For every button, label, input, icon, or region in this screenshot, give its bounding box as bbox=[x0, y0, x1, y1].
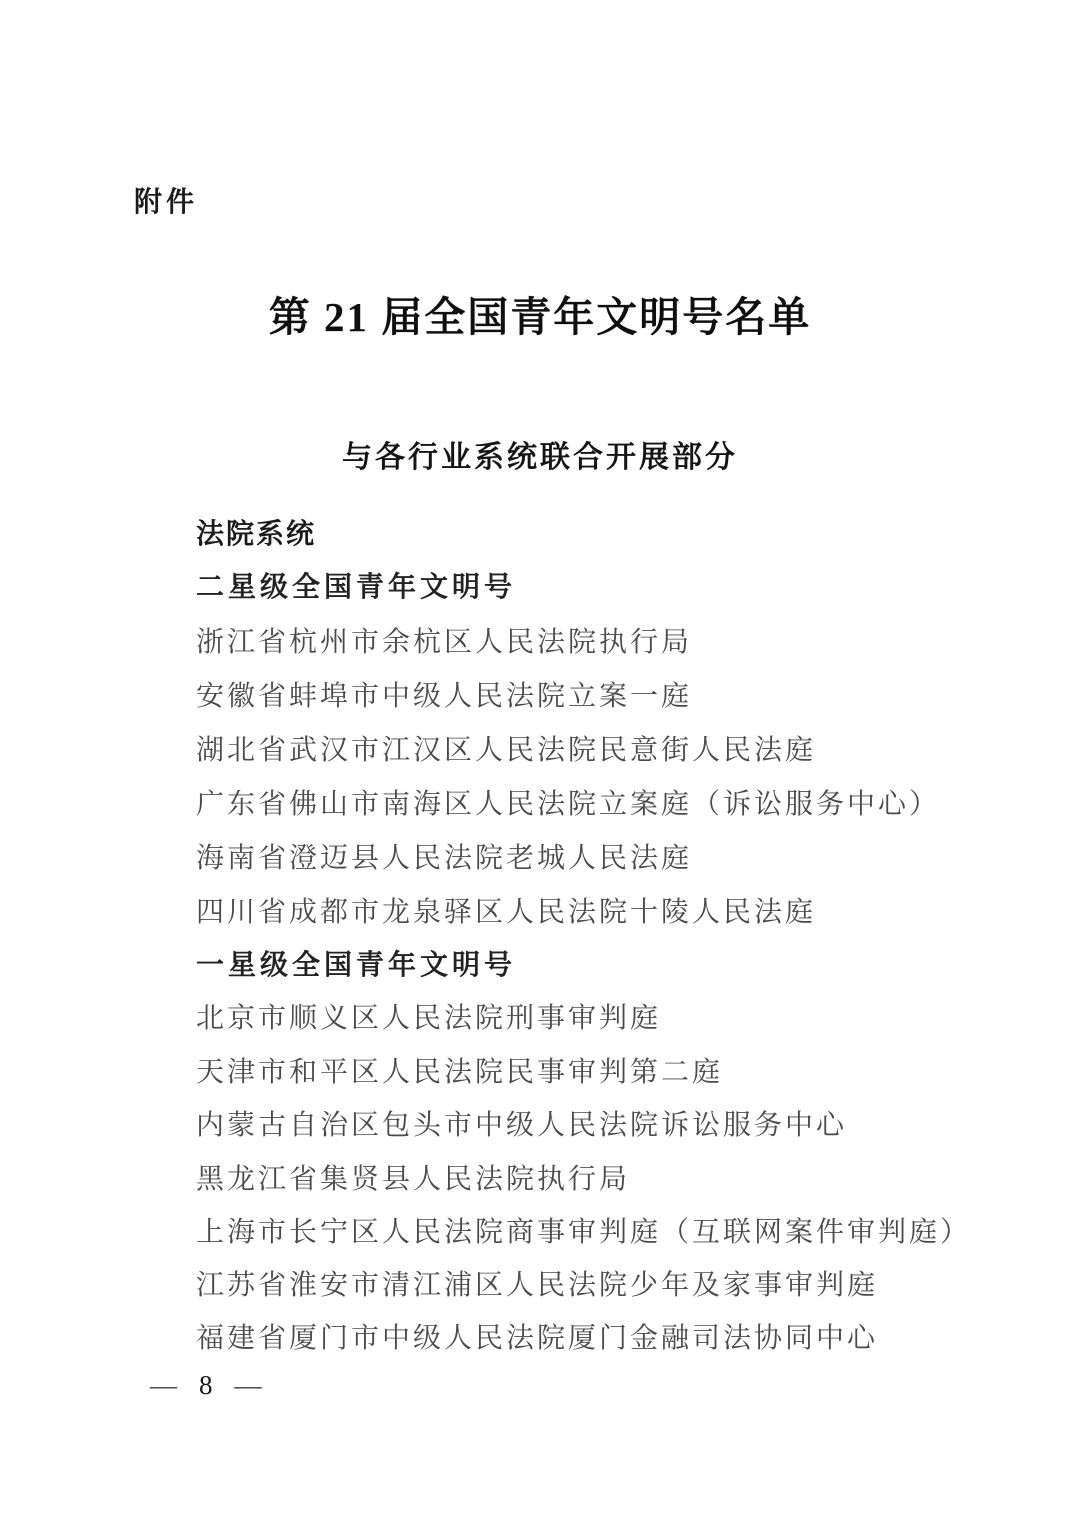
entry-line: 四川省成都市龙泉驿区人民法院十陵人民法庭 bbox=[196, 890, 816, 930]
document-page: 附件 第 21 届全国青年文明号名单 与各行业系统联合开展部分 法院系统 二星级… bbox=[0, 0, 1080, 1527]
entry-line: 江苏省淮安市清江浦区人民法院少年及家事审判庭 bbox=[196, 1263, 878, 1303]
page-footer: —8— bbox=[150, 1370, 262, 1401]
entry-line: 湖北省武汉市江汉区人民法院民意街人民法庭 bbox=[196, 728, 816, 768]
document-title: 第 21 届全国青年文明号名单 bbox=[0, 284, 1080, 343]
entry-line: 海南省澄迈县人民法院老城人民法庭 bbox=[196, 836, 692, 876]
entry-line: 黑龙江省集贤县人民法院执行局 bbox=[196, 1157, 630, 1197]
section-heading-court-system: 法院系统 bbox=[196, 512, 316, 552]
attachment-label: 附件 bbox=[134, 180, 198, 220]
footer-right-dash: — bbox=[235, 1370, 262, 1401]
group-heading-one-star: 一星级全国青年文明号 bbox=[196, 943, 516, 983]
entry-line: 广东省佛山市南海区人民法院立案庭（诉讼服务中心） bbox=[196, 782, 940, 822]
group-heading-two-star: 二星级全国青年文明号 bbox=[196, 565, 516, 605]
entry-line: 天津市和平区人民法院民事审判第二庭 bbox=[196, 1050, 723, 1090]
document-subtitle: 与各行业系统联合开展部分 bbox=[0, 432, 1080, 476]
entry-line: 浙江省杭州市余杭区人民法院执行局 bbox=[196, 620, 692, 660]
entry-line: 内蒙古自治区包头市中级人民法院诉讼服务中心 bbox=[196, 1103, 847, 1143]
entry-line: 福建省厦门市中级人民法院厦门金融司法协同中心 bbox=[196, 1316, 878, 1356]
footer-left-dash: — bbox=[150, 1370, 177, 1401]
entry-line: 安徽省蚌埠市中级人民法院立案一庭 bbox=[196, 674, 692, 714]
page-number: 8 bbox=[199, 1370, 213, 1401]
entry-line: 上海市长宁区人民法院商事审判庭（互联网案件审判庭） bbox=[196, 1210, 971, 1250]
entry-line: 北京市顺义区人民法院刑事审判庭 bbox=[196, 996, 661, 1036]
